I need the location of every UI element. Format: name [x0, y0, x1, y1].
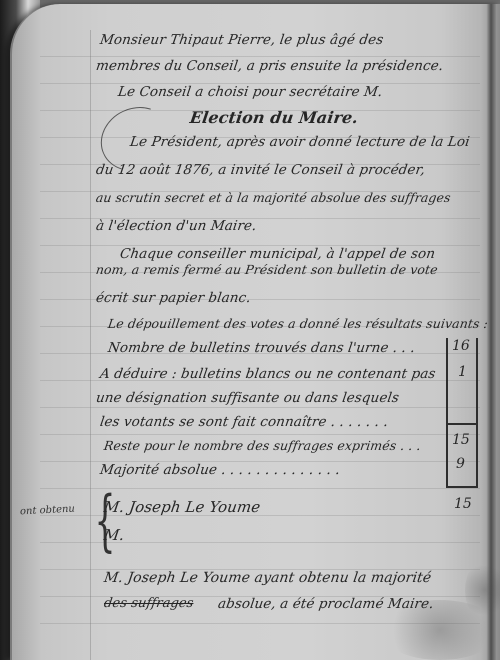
text-line-5: Le Président, après avoir donné lecture …	[129, 134, 471, 150]
text-line-11: écrit sur papier blanc.	[95, 290, 252, 306]
text-line-12: Le dépouillement des votes a donné les r…	[107, 316, 489, 331]
text-line-1: Monsieur Thipaut Pierre, le plus âgé des	[99, 32, 385, 48]
text-line-8: à l'élection d'un Maire.	[95, 218, 258, 234]
tally-column-divider	[446, 423, 476, 425]
section-heading: Election du Maire.	[189, 108, 360, 127]
tally-deducted: 1	[458, 364, 467, 380]
text-line-7: au scrutin secret et à la majorité absol…	[95, 190, 452, 205]
text-line-9: Chaque conseiller municipal, à l'appel d…	[119, 246, 436, 262]
tally-ballots-found: 16	[452, 338, 470, 354]
text-line-6: du 12 août 1876, a invité le Conseil à p…	[95, 162, 426, 178]
paper-stain	[465, 560, 500, 620]
tally-expressed: 15	[452, 432, 470, 448]
text-line-2: membres du Conseil, a pris ensuite la pr…	[95, 58, 444, 74]
tally-line-voters: les votants se sont fait connaître . . .…	[99, 414, 389, 430]
tally-line-deduct: A déduire : bulletins blancs ou ne conte…	[99, 366, 437, 382]
register-photo-scene: Monsieur Thipaut Pierre, le plus âgé des…	[0, 0, 500, 660]
candidate-2-name: M.	[103, 526, 126, 544]
closing-struck-text: des suffrages	[103, 596, 195, 611]
tally-line-designation: une désignation suffisante ou dans lesqu…	[95, 390, 400, 406]
closing-line-2: absolue, a été proclamé Maire.	[217, 596, 435, 612]
margin-rule	[90, 30, 91, 660]
tally-majority: 9	[456, 456, 465, 472]
closing-line-1: M. Joseph Le Youme ayant obtenu la major…	[103, 570, 432, 586]
text-line-3: Le Conseil a choisi pour secrétaire M.	[117, 84, 384, 100]
candidate-1-name: M. Joseph Le Youme	[103, 498, 262, 516]
candidate-1-votes: 15	[454, 496, 472, 512]
tally-line-majority: Majorité absolue . . . . . . . . . . . .…	[99, 462, 341, 478]
tally-line-ballots: Nombre de bulletins trouvés dans l'urne …	[107, 340, 416, 356]
text-line-10: nom, a remis fermé au Président son bull…	[95, 262, 439, 277]
tally-line-expressed: Reste pour le nombre des suffrages expri…	[103, 438, 422, 453]
